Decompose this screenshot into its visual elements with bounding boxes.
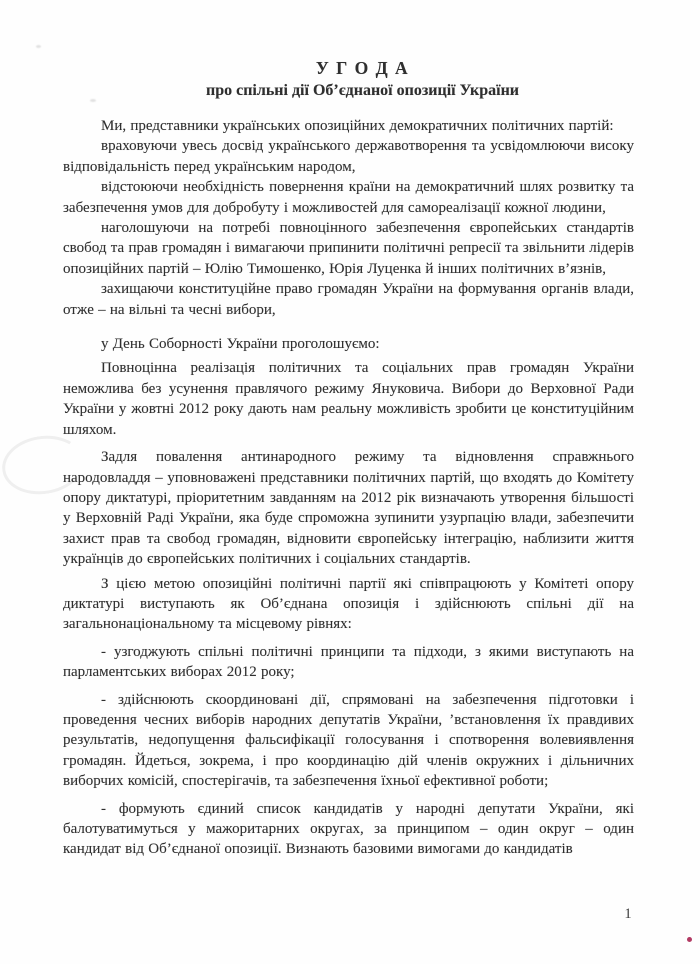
paragraph: - здійснюють скоординовані дії, спрямова… <box>63 690 634 792</box>
paragraph: захищаючи конституційне право громадян У… <box>63 279 634 320</box>
paragraph: враховуючи увесь досвід українського дер… <box>63 136 634 177</box>
document-header: У Г О Д А про спільні дії Об’єднаної опо… <box>77 58 648 101</box>
scan-speck-artifact <box>36 45 41 48</box>
document-subtitle: про спільні дії Об’єднаної опозиції Укра… <box>77 81 648 101</box>
paragraph: - узгоджують спільні політичні принципи … <box>63 642 634 683</box>
paragraph: З цією метою опозиційні політичні партії… <box>63 574 634 635</box>
paragraph: Повноцінна реалізація політичних та соці… <box>63 358 634 440</box>
paragraph: Ми, представники українських опозиційних… <box>63 116 634 136</box>
paragraph: Задля повалення антинародного режиму та … <box>63 447 634 569</box>
document-body: Ми, представники українських опозиційних… <box>63 116 634 860</box>
paragraph: у День Соборності України проголошуємо: <box>63 334 634 354</box>
paragraph: наголошуючи на потребі повноцінного забе… <box>63 218 634 279</box>
page-number: 1 <box>618 906 638 923</box>
red-dot-artifact <box>687 937 692 942</box>
paragraph: відстоюючи необхідність повернення країн… <box>63 177 634 218</box>
document-title: У Г О Д А <box>77 58 648 78</box>
paragraph: - формують єдиний список кандидатів у на… <box>63 799 634 860</box>
scanned-document-page: У Г О Д А про спільні дії Об’єднаної опо… <box>0 0 700 964</box>
